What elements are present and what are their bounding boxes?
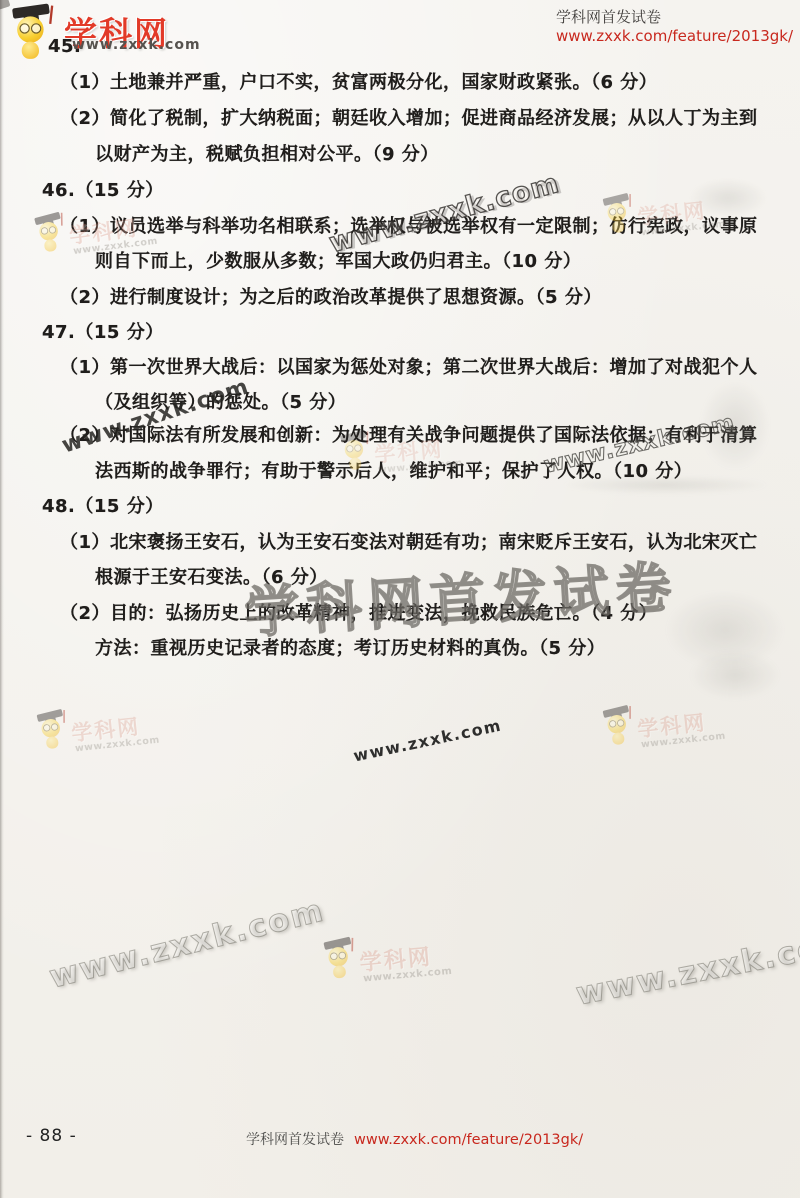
- mascot-icon: [37, 213, 66, 256]
- header-feature-url: www.zxxk.com/feature/2013gk/: [556, 27, 792, 46]
- question-46-number: 46.（15 分）: [42, 176, 164, 202]
- watermark-logo-mid-right: 学科网 www.zxxk.com: [605, 695, 741, 770]
- mascot-icon: [343, 432, 370, 474]
- footer-url: www.zxxk.com/feature/2013gk/: [354, 1132, 583, 1148]
- watermark-url-bottom-left: www.zxxk.com: [46, 892, 328, 995]
- footer-center: 学科网首发试卷www.zxxk.com/feature/2013gk/: [246, 1129, 583, 1149]
- question-47-number: 47.（15 分）: [42, 318, 164, 344]
- scan-edge-shadow: [0, 0, 4, 1198]
- watermark-logo-bottom-center: 学科网 www.zxxk.com: [326, 929, 468, 1006]
- watermark-banner: 学科网首发试卷: [242, 543, 680, 648]
- answer-47-1: （1）第一次世界大战后：以国家为惩处对象；第二次世界大战后：增加了对战犯个人: [60, 353, 758, 379]
- bleed-through-artifact: [688, 178, 768, 218]
- answer-45-2-cont: 以财产为主，税赋负担相对公平。（9 分）: [95, 140, 439, 166]
- bleed-through-artifact: [690, 650, 780, 700]
- answer-46-2: （2）进行制度设计；为之后的政治改革提供了思想资源。（5 分）: [60, 283, 602, 309]
- watermark-url-mid-center: www.zxxk.com: [352, 715, 504, 765]
- bleed-through-artifact: [560, 476, 770, 494]
- mascot-icon: [39, 710, 67, 752]
- header-right: 学科网首发试卷 www.zxxk.com/feature/2013gk/: [556, 8, 792, 46]
- scan-corner-artifact: [0, 0, 10, 10]
- watermark-logo-q47-center: 学科网 www.zxxk.com: [343, 422, 478, 495]
- mascot-icon: [605, 706, 633, 748]
- answer-45-1: （1）土地兼并严重，户口不实，贫富两极分化，国家财政紧张。（6 分）: [60, 68, 657, 94]
- mascot-icon: [326, 938, 355, 982]
- footer-page-number: - 88 -: [26, 1126, 77, 1146]
- header-title: 学科网首发试卷: [556, 8, 792, 27]
- bleed-through-artifact: [700, 380, 770, 470]
- scanned-exam-page: 学科网 45. www.zxxk.com 学科网首发试卷 www.zxxk.co…: [0, 0, 800, 1198]
- footer-label: 学科网首发试卷: [246, 1132, 344, 1148]
- answer-45-2: （2）简化了税制，扩大纳税面；朝廷收入增加；促进商品经济发展；从以人丁为主到: [60, 104, 758, 130]
- mascot-icon: [16, 6, 51, 64]
- question-48-number: 48.（15 分）: [42, 492, 164, 518]
- watermark-logo-mid-left: 学科网 www.zxxk.com: [39, 699, 175, 774]
- watermark-url-bottom-right: www.zxxk.com: [573, 923, 800, 1012]
- brand-logo-url: www.zxxk.com: [72, 37, 201, 53]
- mascot-icon: [605, 194, 633, 236]
